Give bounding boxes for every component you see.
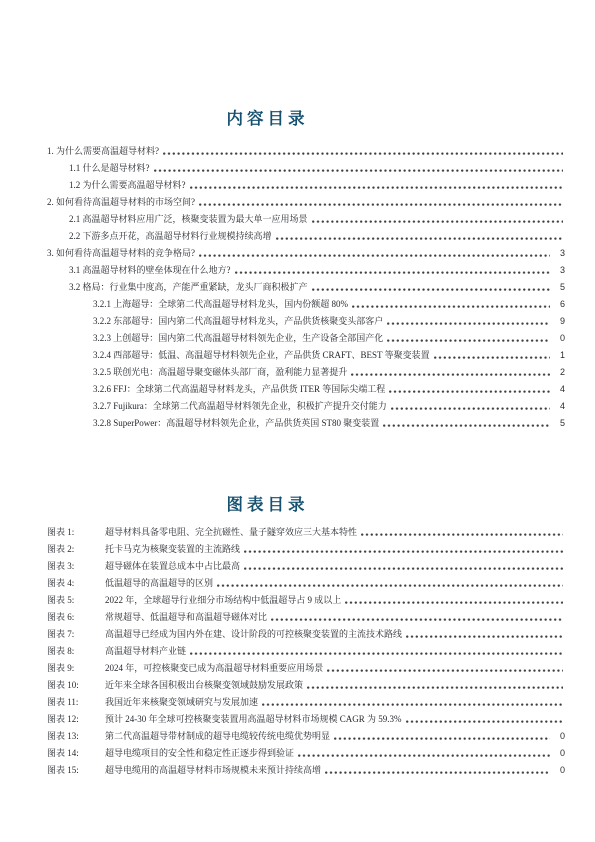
toc-entry-text: 1. 为什么需要高温超导材料? xyxy=(47,144,159,157)
figure-entry[interactable]: 图表 4:低温超导的高温超导的区别 xyxy=(47,574,565,591)
toc-entry-page: 5 xyxy=(552,282,565,292)
figure-entry[interactable]: 图表 15:超导电缆用的高温超导材料市场规模未来预计持续高增0 xyxy=(47,761,565,778)
figure-entry-label: 图表 13: xyxy=(47,729,105,742)
figure-entry-text: 我国近年来核聚变领域研究与发展加速 xyxy=(105,695,258,708)
figure-entry-label: 图表 8: xyxy=(47,644,105,657)
figure-entry[interactable]: 图表 13:第二代高温超导带材制成的超导电缆较传统电缆优势明显0 xyxy=(47,727,565,744)
toc-entry[interactable]: 1. 为什么需要高温超导材料? xyxy=(47,142,565,159)
toc-entry[interactable]: 3.2.8 SuperPower：高温超导材料领先企业，产品供货英国 ST80 … xyxy=(47,414,565,431)
toc-entry-text: 2.1 高温超导材料应用广泛，核聚变装置为最大单一应用场景 xyxy=(69,212,308,225)
toc-entry[interactable]: 3.2.4 西部超导：低温、高温超导材料领先企业，产品供货 CRAFT、BEST… xyxy=(47,346,565,363)
toc-entry-text: 3.2.5 联创光电：高温超导聚变磁体头部厂商，盈利能力显著提升 xyxy=(93,365,347,378)
figure-entry-label: 图表 12: xyxy=(47,712,105,725)
toc-entry-text: 3.2 格局：行业集中度高，产能严重紧缺，龙头厂商积极扩产 xyxy=(69,280,308,293)
dot-leader xyxy=(276,236,563,240)
figure-entry-label: 图表 5: xyxy=(47,593,105,606)
toc-entry[interactable]: 2. 如何看待高温超导材料的市场空间? xyxy=(47,193,565,210)
dot-leader xyxy=(351,372,550,376)
toc-entry[interactable]: 3. 如何看待高温超导材料的竞争格局?3 xyxy=(47,244,565,261)
toc-entry-text: 2.2 下游多点开花，高温超导材料行业规模持续高增 xyxy=(69,229,272,242)
figure-entry-page: 0 xyxy=(552,731,565,741)
toc-entry[interactable]: 3.1 高温超导材料的壁垒体现在什么地方?3 xyxy=(47,261,565,278)
figure-entry-label: 图表 3: xyxy=(47,559,105,572)
toc-entry-page: 1 xyxy=(552,350,565,360)
figure-entry[interactable]: 图表 14:超导电缆项目的安全性和稳定性正逐步得到验证0 xyxy=(47,744,565,761)
figure-entry[interactable]: 图表 8:高温超导材料产业链 xyxy=(47,642,565,659)
dot-leader xyxy=(298,753,550,757)
dot-leader xyxy=(406,719,563,723)
toc-entry-text: 3.2.2 东部超导：国内第二代高温超导材料龙头，产品供货核聚变头部客户 xyxy=(93,314,383,327)
figure-entry[interactable]: 图表 10:近年来全球各国积极出台核聚变领域鼓励发展政策 xyxy=(47,676,565,693)
dot-leader xyxy=(154,168,564,172)
toc-entry-page: 6 xyxy=(552,299,565,309)
figure-entry-text: 超导电缆用的高温超导材料市场规模未来预计持续高增 xyxy=(105,763,321,776)
dot-leader xyxy=(352,304,550,308)
figure-entry-label: 图表 6: xyxy=(47,610,105,623)
toc-entry[interactable]: 2.1 高温超导材料应用广泛，核聚变装置为最大单一应用场景 xyxy=(47,210,565,227)
dot-leader xyxy=(383,423,550,427)
dot-leader xyxy=(244,549,563,553)
figure-entry[interactable]: 图表 1:超导材料具备零电阻、完全抗磁性、量子隧穿效应三大基本特性 xyxy=(47,523,565,540)
figure-entry-label: 图表 11: xyxy=(47,695,105,708)
toc-entry-text: 3.1 高温超导材料的壁垒体现在什么地方? xyxy=(69,263,231,276)
figure-entry-text: 近年来全球各国积极出台核聚变领域鼓励发展政策 xyxy=(105,678,303,691)
dot-leader xyxy=(307,685,563,689)
toc-entry[interactable]: 3.2.1 上海超导：全球第二代高温超导材料龙头，国内份额超 80%6 xyxy=(47,295,565,312)
figure-entry-text: 超导电缆项目的安全性和稳定性正逐步得到验证 xyxy=(105,746,294,759)
figure-entry-text: 超导材料具备零电阻、完全抗磁性、量子隧穿效应三大基本特性 xyxy=(105,525,357,538)
dot-leader xyxy=(389,389,550,393)
toc-entry[interactable]: 2.2 下游多点开花，高温超导材料行业规模持续高增 xyxy=(47,227,565,244)
figure-entry[interactable]: 图表 5:2022 年，全球超导行业细分市场结构中低温超导占 9 成以上 xyxy=(47,591,565,608)
dot-leader xyxy=(217,583,563,587)
toc-entry[interactable]: 3.2.5 联创光电：高温超导聚变磁体头部厂商，盈利能力显著提升2 xyxy=(47,363,565,380)
dot-leader xyxy=(235,270,551,274)
toc-entry-page: 4 xyxy=(552,384,565,394)
figure-entry-text: 高温超导已经成为国内外在建、设计阶段的可控核聚变装置的主流技术路线 xyxy=(105,627,402,640)
dot-leader xyxy=(325,770,550,774)
figure-entry[interactable]: 图表 12:预计 24-30 年全球可控核聚变装置用高温超导材料市场规模 CAG… xyxy=(47,710,565,727)
figures-title: 图表目录 xyxy=(0,494,535,516)
toc-entry-text: 3.2.3 上创超导：国内第二代高温超导材料领先企业，生产设备全部国产化 xyxy=(93,331,383,344)
figure-entry-text: 2024 年，可控核聚变已成为高温超导材料重要应用场景 xyxy=(105,661,323,674)
figure-entry-text: 超导磁体在装置总成本中占比最高 xyxy=(105,559,240,572)
dot-leader xyxy=(334,736,550,740)
figure-entry[interactable]: 图表 3:超导磁体在装置总成本中占比最高 xyxy=(47,557,565,574)
dot-leader xyxy=(244,566,563,570)
toc-entry-text: 1.2 为什么需要高温超导材料? xyxy=(69,178,186,191)
figure-entry-label: 图表 1: xyxy=(47,525,105,538)
toc-entry[interactable]: 3.2.7 Fujikura：全球第二代高温超导材料领先企业，积极扩产提升交付能… xyxy=(47,397,565,414)
figure-entry-label: 图表 4: xyxy=(47,576,105,589)
figure-entry-page: 0 xyxy=(552,765,565,775)
figure-entry-label: 图表 14: xyxy=(47,746,105,759)
toc-entry-page: 3 xyxy=(552,265,565,275)
toc-entry-page: 9 xyxy=(552,316,565,326)
dot-leader xyxy=(190,185,564,189)
dot-leader xyxy=(199,253,550,257)
figure-entry-text: 常规超导、低温超导和高温超导磁体对比 xyxy=(105,610,267,623)
toc-entry[interactable]: 3.2.3 上创超导：国内第二代高温超导材料领先企业，生产设备全部国产化0 xyxy=(47,329,565,346)
dot-leader xyxy=(312,287,550,291)
figure-entry-label: 图表 9: xyxy=(47,661,105,674)
dot-leader xyxy=(163,151,563,155)
figure-entry[interactable]: 图表 9:2024 年，可控核聚变已成为高温超导材料重要应用场景 xyxy=(47,659,565,676)
figures-list: 图表 1:超导材料具备零电阻、完全抗磁性、量子隧穿效应三大基本特性图表 2:托卡… xyxy=(47,523,565,778)
toc-entry-text: 2. 如何看待高温超导材料的市场空间? xyxy=(47,195,195,208)
toc-entry-page: 4 xyxy=(552,401,565,411)
toc-content: 内容目录 1. 为什么需要高温超导材料?1.1 什么是超导材料?1.2 为什么需… xyxy=(47,108,565,778)
dot-leader xyxy=(387,321,550,325)
toc-entry-page: 5 xyxy=(552,418,565,428)
dot-leader xyxy=(327,668,563,672)
toc-entry[interactable]: 1.2 为什么需要高温超导材料? xyxy=(47,176,565,193)
figure-entry-text: 托卡马克为核聚变装置的主流路线 xyxy=(105,542,240,555)
toc-entry-page: 2 xyxy=(552,367,565,377)
figure-entry-label: 图表 10: xyxy=(47,678,105,691)
dot-leader xyxy=(271,617,563,621)
figure-entry-label: 图表 7: xyxy=(47,627,105,640)
toc-entry-text: 3.2.7 Fujikura：全球第二代高温超导材料领先企业，积极扩产提升交付能… xyxy=(93,399,387,412)
toc-entry-text: 3.2.8 SuperPower：高温超导材料领先企业，产品供货英国 ST80 … xyxy=(93,416,379,429)
toc-list: 1. 为什么需要高温超导材料?1.1 什么是超导材料?1.2 为什么需要高温超导… xyxy=(47,142,565,431)
toc-entry[interactable]: 1.1 什么是超导材料? xyxy=(47,159,565,176)
dot-leader xyxy=(361,532,563,536)
figure-entry-text: 预计 24-30 年全球可控核聚变装置用高温超导材料市场规模 CAGR 为 59… xyxy=(105,712,402,725)
toc-entry-text: 3. 如何看待高温超导材料的竞争格局? xyxy=(47,246,195,259)
figure-entry[interactable]: 图表 11:我国近年来核聚变领域研究与发展加速 xyxy=(47,693,565,710)
figure-entry[interactable]: 图表 6:常规超导、低温超导和高温超导磁体对比 xyxy=(47,608,565,625)
figure-entry[interactable]: 图表 7:高温超导已经成为国内外在建、设计阶段的可控核聚变装置的主流技术路线 xyxy=(47,625,565,642)
toc-entry-page: 3 xyxy=(552,248,565,258)
figure-entry[interactable]: 图表 2:托卡马克为核聚变装置的主流路线 xyxy=(47,540,565,557)
figure-entry-text: 第二代高温超导带材制成的超导电缆较传统电缆优势明显 xyxy=(105,729,330,742)
dot-leader xyxy=(312,219,563,223)
figure-entry-text: 高温超导材料产业链 xyxy=(105,644,186,657)
dot-leader xyxy=(345,600,563,604)
figure-entry-page: 0 xyxy=(552,748,565,758)
toc-entry-text: 3.2.1 上海超导：全球第二代高温超导材料龙头，国内份额超 80% xyxy=(93,297,348,310)
dot-leader xyxy=(406,634,563,638)
figure-entry-text: 2022 年，全球超导行业细分市场结构中低温超导占 9 成以上 xyxy=(105,593,341,606)
dot-leader xyxy=(262,702,563,706)
figure-entry-label: 图表 15: xyxy=(47,763,105,776)
dot-leader xyxy=(199,202,563,206)
dot-leader xyxy=(190,651,563,655)
dot-leader xyxy=(387,338,550,342)
toc-entry-text: 3.2.4 西部超导：低温、高温超导材料领先企业，产品供货 CRAFT、BEST… xyxy=(93,348,430,361)
figure-entry-label: 图表 2: xyxy=(47,542,105,555)
report-page: 内容目录 1. 为什么需要高温超导材料?1.1 什么是超导材料?1.2 为什么需… xyxy=(0,0,595,842)
toc-entry-text: 1.1 什么是超导材料? xyxy=(69,161,150,174)
toc-entry[interactable]: 3.2 格局：行业集中度高，产能严重紧缺，龙头厂商积极扩产5 xyxy=(47,278,565,295)
figure-entry-text: 低温超导的高温超导的区别 xyxy=(105,576,213,589)
toc-entry[interactable]: 3.2.2 东部超导：国内第二代高温超导材料龙头，产品供货核聚变头部客户9 xyxy=(47,312,565,329)
toc-entry[interactable]: 3.2.6 FFJ：全球第二代高温超导材料龙头，产品供货 ITER 等国际尖端工… xyxy=(47,380,565,397)
toc-entry-page: 0 xyxy=(552,333,565,343)
toc-entry-text: 3.2.6 FFJ：全球第二代高温超导材料龙头，产品供货 ITER 等国际尖端工… xyxy=(93,382,385,395)
dot-leader xyxy=(434,355,550,359)
dot-leader xyxy=(391,406,550,410)
toc-title: 内容目录 xyxy=(0,108,535,130)
